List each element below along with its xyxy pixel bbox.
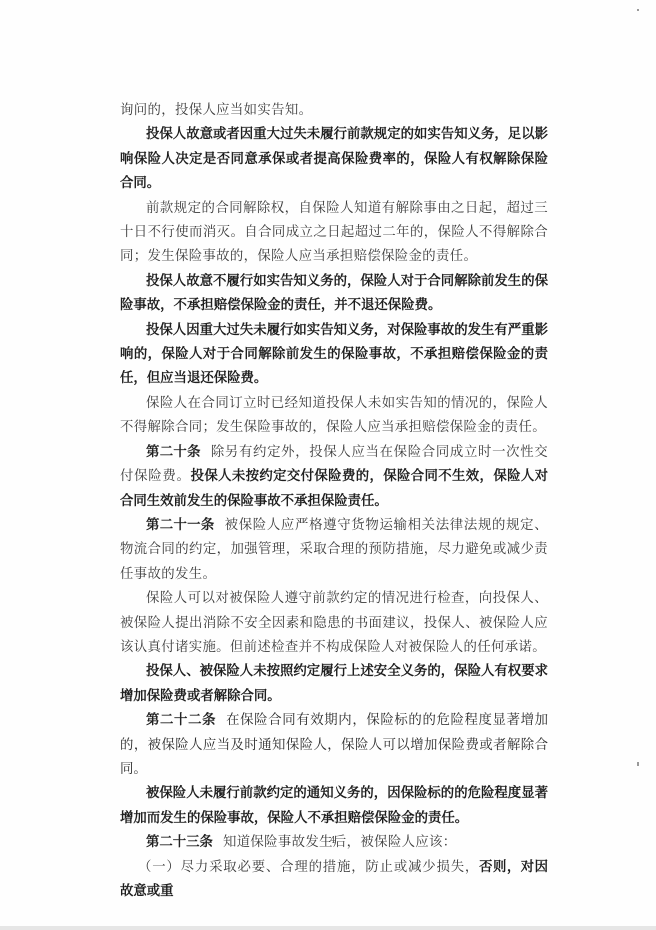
bold-clause: 被保险人未履行前款约定的通知义务的，因保险标的的危险程度显著增加而发生的保险事故… [120,786,548,825]
bold-clause: 投保人因重大过失未履行如实告知义务，对保险事故的发生有严重影响的，保险人对于合同… [120,323,548,387]
article-heading: 第二十二条 [146,713,216,728]
scan-speck [637,9,639,11]
paragraph-text: （一）尽力采取必要、合理的措施，防止或减少损失， [138,860,479,875]
paragraph-bold-notification-failure: 被保险人未履行前款约定的通知义务的，因保险标的的危险程度显著增加而发生的保险事故… [120,782,548,831]
paragraph-bold-intentional-nondisclosure: 投保人故意不履行如实告知义务的，保险人对于合同解除前发生的保险事故，不承担赔偿保… [120,270,548,319]
paragraph-bold-gross-negligence: 投保人因重大过失未履行如实告知义务，对保险事故的发生有严重影响的，保险人对于合同… [120,319,548,392]
article-heading: 第二十三条 [146,835,213,850]
paragraph-inspection: 保险人可以对被保险人遵守前款约定的情况进行检查，向投保人、被保险人提出消除不安全… [120,587,548,660]
bold-clause: 投保人、被保险人未按照约定履行上述安全义务的，保险人有权要求增加保险费或者解除合… [120,664,548,703]
bold-clause: 投保人故意不履行如实告知义务的，保险人对于合同解除前发生的保险事故，不承担赔偿保… [120,274,548,313]
paragraph-text: 询问的，投保人应当如实告知。 [120,103,312,118]
bold-clause: 投保人故意或者因重大过失未履行前款规定的如实告知义务，足以影响保险人决定是否同意… [120,127,548,191]
paragraph-text: 知道保险事故发生后，被保险人应该： [223,835,457,850]
scan-speck [637,762,639,766]
page-edge [0,926,656,930]
article-heading: 第二十条 [146,445,201,460]
paragraph-text: 保险人在合同订立时已经知道投保人未如实告知的情况的，保险人不得解除合同；发生保险… [120,396,548,435]
article-20: 第二十条除另有约定外，投保人应当在保险合同成立时一次性交付保险费。投保人未按约定… [120,441,548,514]
list-item-1: （一）尽力采取必要、合理的措施，防止或减少损失，否则，对因故意或重 [120,856,548,905]
article-22: 第二十二条在保险合同有效期内，保险标的的危险程度显著增加的，被保险人应当及时通知… [120,709,548,782]
paragraph-text: 前款规定的合同解除权，自保险人知道有解除事由之日起，超过三十日不行使而消灭。自合… [120,201,548,265]
article-heading: 第二十一条 [146,518,215,533]
page-body: 询问的，投保人应当如实告知。 投保人故意或者因重大过失未履行前款规定的如实告知义… [120,99,548,904]
paragraph-text: 保险人可以对被保险人遵守前款约定的情况进行检查，向投保人、被保险人提出消除不安全… [120,591,548,655]
paragraph-insurer-knowledge: 保险人在合同订立时已经知道投保人未如实告知的情况的，保险人不得解除合同；发生保险… [120,392,548,441]
page-number: 4 [330,836,336,846]
paragraph-termination-right: 前款规定的合同解除权，自保险人知道有解除事由之日起，超过三十日不行使而消灭。自合… [120,197,548,270]
document-page: 询问的，投保人应当如实告知。 投保人故意或者因重大过失未履行前款规定的如实告知义… [0,0,656,926]
article-21: 第二十一条被保险人应严格遵守货物运输相关法律法规的规定、物流合同的约定，加强管理… [120,514,548,587]
paragraph-bold-safety-obligation: 投保人、被保险人未按照约定履行上述安全义务的，保险人有权要求增加保险费或者解除合… [120,660,548,709]
paragraph-continuation: 询问的，投保人应当如实告知。 [120,99,548,123]
paragraph-bold-disclosure-breach: 投保人故意或者因重大过失未履行前款规定的如实告知义务，足以影响保险人决定是否同意… [120,123,548,196]
